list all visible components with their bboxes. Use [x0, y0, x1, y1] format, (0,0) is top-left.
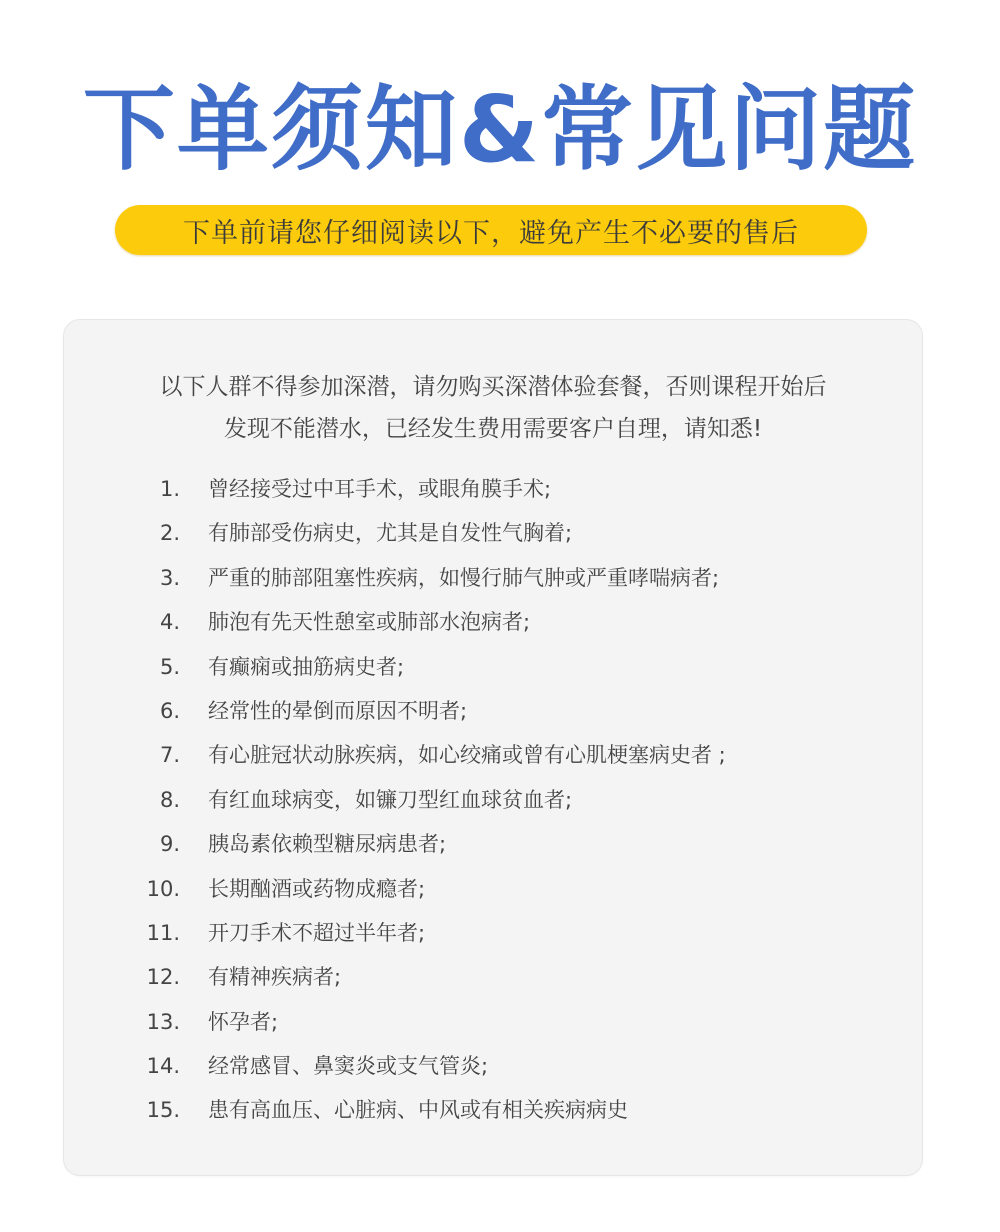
item-text: 胰岛素依赖型糖尿病患者;: [208, 822, 446, 866]
item-number: 14.: [124, 1044, 180, 1088]
subtitle-text: 下单前请您仔细阅读以下，避免产生不必要的售后: [183, 211, 799, 250]
item-number: 6.: [124, 689, 180, 733]
item-text: 有癫痫或抽筋病史者;: [208, 645, 404, 689]
item-text: 长期酗酒或药物成瘾者;: [208, 867, 425, 911]
item-number: 9.: [124, 822, 180, 866]
list-item: 5.有癫痫或抽筋病史者;: [64, 645, 922, 689]
list-item: 4.肺泡有先天性憩室或肺部水泡病者;: [64, 600, 922, 644]
item-number: 11.: [124, 911, 180, 955]
item-text: 怀孕者;: [208, 1000, 278, 1044]
list-item: 3.严重的肺部阻塞性疾病，如慢行肺气肿或严重哮喘病者;: [64, 556, 922, 600]
intro-line-2: 发现不能潜水，已经发生费用需要客户自理，请知悉!: [64, 408, 922, 450]
item-text: 有精神疾病者;: [208, 955, 341, 999]
item-text: 患有高血压、心脏病、中风或有相关疾病病史: [208, 1088, 628, 1132]
item-number: 3.: [124, 556, 180, 600]
item-text: 经常感冒、鼻窦炎或支气管炎;: [208, 1044, 488, 1088]
list-item: 11.开刀手术不超过半年者;: [64, 911, 922, 955]
list-item: 14.经常感冒、鼻窦炎或支气管炎;: [64, 1044, 922, 1088]
list-item: 1.曾经接受过中耳手术，或眼角膜手术;: [64, 467, 922, 511]
list-item: 8.有红血球病变，如镰刀型红血球贫血者;: [64, 778, 922, 822]
item-number: 2.: [124, 511, 180, 555]
item-number: 7.: [124, 733, 180, 777]
item-text: 肺泡有先天性憩室或肺部水泡病者;: [208, 600, 530, 644]
item-number: 10.: [124, 867, 180, 911]
list-item: 7.有心脏冠状动脉疾病，如心绞痛或曾有心肌梗塞病史者 ;: [64, 733, 922, 777]
notice-intro: 以下人群不得参加深潜，请勿购买深潜体验套餐，否则课程开始后 发现不能潜水，已经发…: [64, 366, 922, 450]
item-number: 8.: [124, 778, 180, 822]
list-item: 13.怀孕者;: [64, 1000, 922, 1044]
page-title: 下单须知&常见问题: [0, 70, 1000, 190]
list-item: 10.长期酗酒或药物成瘾者;: [64, 867, 922, 911]
notice-card: 以下人群不得参加深潜，请勿购买深潜体验套餐，否则课程开始后 发现不能潜水，已经发…: [64, 320, 922, 1175]
item-number: 13.: [124, 1000, 180, 1044]
subtitle-banner: 下单前请您仔细阅读以下，避免产生不必要的售后: [115, 205, 867, 255]
list-item: 6.经常性的晕倒而原因不明者;: [64, 689, 922, 733]
intro-line-1: 以下人群不得参加深潜，请勿购买深潜体验套餐，否则课程开始后: [64, 366, 922, 408]
item-number: 15.: [124, 1088, 180, 1132]
item-text: 有红血球病变，如镰刀型红血球贫血者;: [208, 778, 572, 822]
list-item: 9.胰岛素依赖型糖尿病患者;: [64, 822, 922, 866]
list-item: 2.有肺部受伤病史，尤其是自发性气胸着;: [64, 511, 922, 555]
list-item: 15.患有高血压、心脏病、中风或有相关疾病病史: [64, 1088, 922, 1132]
item-text: 经常性的晕倒而原因不明者;: [208, 689, 467, 733]
item-text: 有肺部受伤病史，尤其是自发性气胸着;: [208, 511, 572, 555]
item-text: 严重的肺部阻塞性疾病，如慢行肺气肿或严重哮喘病者;: [208, 556, 719, 600]
item-text: 曾经接受过中耳手术，或眼角膜手术;: [208, 467, 551, 511]
item-number: 12.: [124, 955, 180, 999]
restriction-list: 1.曾经接受过中耳手术，或眼角膜手术; 2.有肺部受伤病史，尤其是自发性气胸着;…: [64, 467, 922, 1133]
item-text: 有心脏冠状动脉疾病，如心绞痛或曾有心肌梗塞病史者 ;: [208, 733, 726, 777]
list-item: 12.有精神疾病者;: [64, 955, 922, 999]
item-text: 开刀手术不超过半年者;: [208, 911, 425, 955]
item-number: 5.: [124, 645, 180, 689]
item-number: 4.: [124, 600, 180, 644]
item-number: 1.: [124, 467, 180, 511]
